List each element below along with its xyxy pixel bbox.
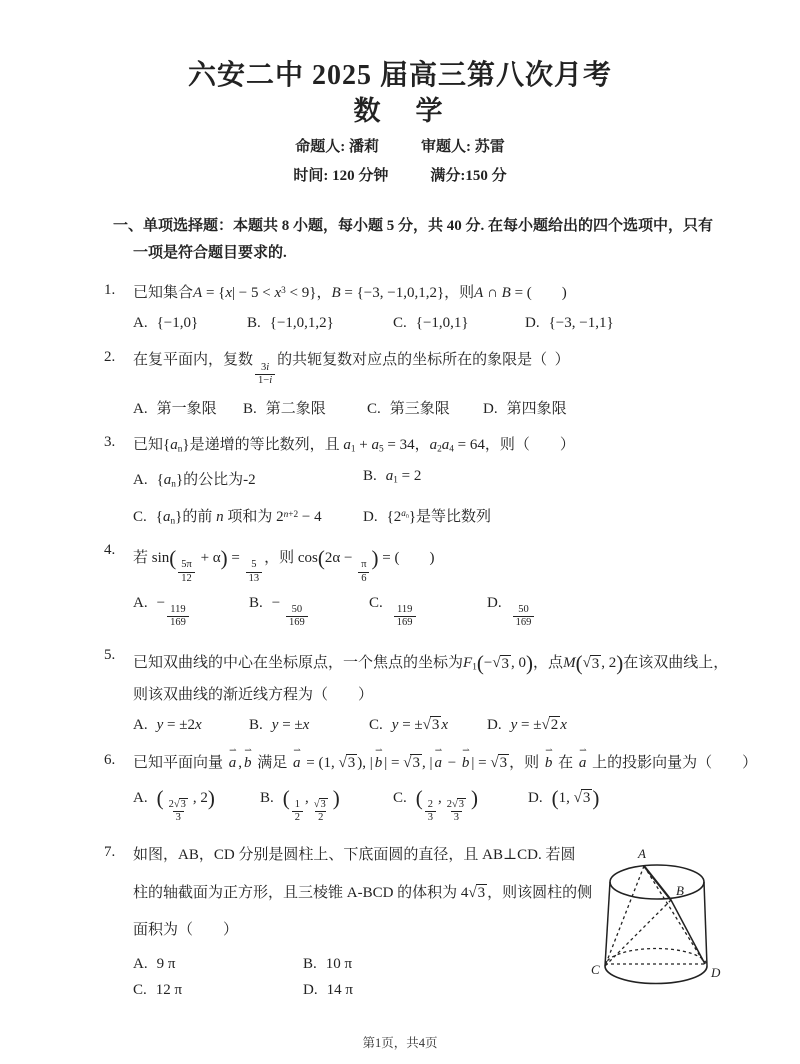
question-1-stem: 已知集合A = {x| − 5 < x3 < 9}，B = {−3, −1,0,… bbox=[133, 282, 740, 305]
question-3: 3. 已知{an}是递增的等比数列，且 a1 + a5 = 34，a2a4 = … bbox=[104, 434, 740, 525]
question-6-number: 6. bbox=[104, 752, 115, 769]
option-6b: B.(12,√32) bbox=[260, 786, 393, 825]
option-3c: C.{an}的前 n 项和为 2n+2 − 4 bbox=[133, 505, 363, 526]
option-4d: D.50169 bbox=[487, 595, 740, 630]
question-7-text: 如图，AB，CD 分别是圆柱上、下底面圆的直径，且 AB⊥CD. 若圆 柱的轴截… bbox=[133, 844, 590, 999]
option-4c: C.119169 bbox=[369, 595, 487, 630]
question-3-options: A.{an}的公比为-2 B.a1 = 2 C.{an}的前 n 项和为 2n+… bbox=[133, 468, 740, 526]
question-6: 6. 已知平面向量 ⇀a,⇀b 满足 ⇀a = (1, √3), |⇀b| = … bbox=[104, 752, 740, 824]
option-4a: A.−119169 bbox=[133, 595, 249, 630]
option-4b: B.− 50169 bbox=[249, 595, 369, 630]
option-7d: D.14 π bbox=[303, 982, 590, 999]
option-3b: B.a1 = 2 bbox=[363, 468, 740, 489]
figure-label-c: C bbox=[591, 962, 600, 977]
question-7-stem-line-3: 面积为（ ） bbox=[133, 919, 590, 942]
cylinder-figure: A B C D bbox=[590, 832, 740, 1005]
section-1-heading: 一、单项选择题：本题共 8 小题，每小题 5 分，共 40 分. 在每小题给出的… bbox=[104, 213, 740, 267]
option-7c: C.12 π bbox=[133, 982, 303, 999]
question-4: 4. 若 sin(5π12 + α) = 513，则 cos(2α − π6) … bbox=[104, 542, 740, 630]
question-1-options: A.{−1,0} B.{−1,0,1,2} C.{−1,0,1} D.{−3, … bbox=[133, 315, 740, 332]
question-3-number: 3. bbox=[104, 434, 115, 451]
question-6-options: A.(2√33, 2) B.(12,√32) C.(23,2√33) D.(1,… bbox=[133, 786, 740, 825]
figure-label-a: A bbox=[637, 846, 646, 861]
question-6-stem: 已知平面向量 ⇀a,⇀b 满足 ⇀a = (1, √3), |⇀b| = √3,… bbox=[133, 752, 740, 775]
question-5-number: 5. bbox=[104, 647, 115, 664]
question-4-stem: 若 sin(5π12 + α) = 513，则 cos(2α − π6) = (… bbox=[133, 542, 740, 585]
question-1-number: 1. bbox=[104, 282, 115, 299]
question-4-options: A.−119169 B.− 50169 C.119169 D.50169 bbox=[133, 595, 740, 630]
option-7a: A.9 π bbox=[133, 956, 303, 973]
option-1b: B.{−1,0,1,2} bbox=[247, 315, 393, 332]
option-2c: C.第三象限 bbox=[367, 397, 483, 418]
page-number-label: 第1页，共4页 bbox=[362, 1036, 437, 1050]
figure-label-d: D bbox=[710, 965, 721, 980]
exam-authors-row: 命题人: 潘莉 审题人: 苏雷 bbox=[0, 138, 800, 156]
exam-header: 六安二中 2025 届高三第八次月考 数 学 命题人: 潘莉 审题人: 苏雷 时… bbox=[0, 0, 800, 185]
option-2b: B.第二象限 bbox=[243, 397, 367, 418]
question-7-stem-line-2: 柱的轴截面为正方形，且三棱锥 A-BCD 的体积为 4√3，则该圆柱的侧 bbox=[133, 882, 590, 905]
question-2: 2. 在复平面内，复数3i1−i的共轭复数对应点的坐标所在的象限是（ ） A.第… bbox=[104, 349, 740, 418]
exam-subject: 数 学 bbox=[0, 96, 800, 127]
reviewer-label: 审题人: 苏雷 bbox=[421, 138, 505, 156]
option-5a: A.y = ±2x bbox=[133, 717, 249, 734]
question-4-number: 4. bbox=[104, 542, 115, 559]
question-5-options: A.y = ±2x B.y = ±x C.y = ±√3x D.y = ±√2x bbox=[133, 717, 740, 734]
question-3-stem: 已知{an}是递增的等比数列，且 a1 + a5 = 34，a2a4 = 64，… bbox=[133, 434, 740, 457]
option-6d: D.(1, √3) bbox=[528, 786, 740, 825]
option-5d: D.y = ±√2x bbox=[487, 717, 740, 734]
option-2a: A.第一象限 bbox=[133, 397, 243, 418]
setter-label: 命题人: 潘莉 bbox=[295, 138, 379, 156]
time-label: 时间: 120 分钟 bbox=[293, 167, 388, 185]
option-1d: D.{−3, −1,1} bbox=[525, 315, 740, 332]
question-7: 7. 如图，AB，CD 分别是圆柱上、下底面圆的直径，且 AB⊥CD. 若圆 柱… bbox=[104, 844, 740, 1005]
question-7-stem-line-1: 如图，AB，CD 分别是圆柱上、下底面圆的直径，且 AB⊥CD. 若圆 bbox=[133, 844, 590, 867]
exam-title: 六安二中 2025 届高三第八次月考 bbox=[0, 60, 800, 92]
question-7-number: 7. bbox=[104, 844, 115, 861]
exam-info-row: 时间: 120 分钟 满分:150 分 bbox=[0, 167, 800, 185]
score-label: 满分:150 分 bbox=[430, 167, 506, 185]
question-7-options: A.9 π B.10 π C.12 π D.14 π bbox=[133, 956, 590, 999]
question-2-stem: 在复平面内，复数3i1−i的共轭复数对应点的坐标所在的象限是（ ） bbox=[133, 349, 740, 387]
question-5: 5. 已知双曲线的中心在坐标原点，一个焦点的坐标为F1(−√3, 0)，点M(√… bbox=[104, 647, 740, 734]
cylinder-diagram: A B C D bbox=[590, 832, 735, 1000]
option-7b: B.10 π bbox=[303, 956, 590, 973]
option-1c: C.{−1,0,1} bbox=[393, 315, 525, 332]
question-5-stem-line-2: 则该双曲线的渐近线方程为（ ） bbox=[133, 684, 740, 707]
option-2d: D.第四象限 bbox=[483, 397, 740, 418]
option-5c: C.y = ±√3x bbox=[369, 717, 487, 734]
question-2-number: 2. bbox=[104, 349, 115, 366]
question-5-stem-line-1: 已知双曲线的中心在坐标原点，一个焦点的坐标为F1(−√3, 0)，点M(√3, … bbox=[133, 647, 740, 680]
exam-page: 六安二中 2025 届高三第八次月考 数 学 命题人: 潘莉 审题人: 苏雷 时… bbox=[0, 0, 800, 1064]
figure-label-b: B bbox=[676, 883, 684, 898]
option-1a: A.{−1,0} bbox=[133, 315, 247, 332]
option-6c: C.(23,2√33) bbox=[393, 786, 528, 825]
option-3d: D.{2an}是等比数列 bbox=[363, 505, 740, 526]
option-5b: B.y = ±x bbox=[249, 717, 369, 734]
option-3a: A.{an}的公比为-2 bbox=[133, 468, 363, 489]
section-1-heading-line-2: 一项是符合题目要求的. bbox=[133, 240, 740, 267]
section-1-heading-line-1: 一、单项选择题：本题共 8 小题，每小题 5 分，共 40 分. 在每小题给出的… bbox=[113, 213, 740, 240]
exam-body: 一、单项选择题：本题共 8 小题，每小题 5 分，共 40 分. 在每小题给出的… bbox=[0, 213, 800, 1005]
page-footer: 第1页，共4页 bbox=[0, 1033, 800, 1051]
question-2-options: A.第一象限 B.第二象限 C.第三象限 D.第四象限 bbox=[133, 397, 740, 418]
option-6a: A.(2√33, 2) bbox=[133, 786, 260, 825]
question-1: 1. 已知集合A = {x| − 5 < x3 < 9}，B = {−3, −1… bbox=[104, 282, 740, 332]
